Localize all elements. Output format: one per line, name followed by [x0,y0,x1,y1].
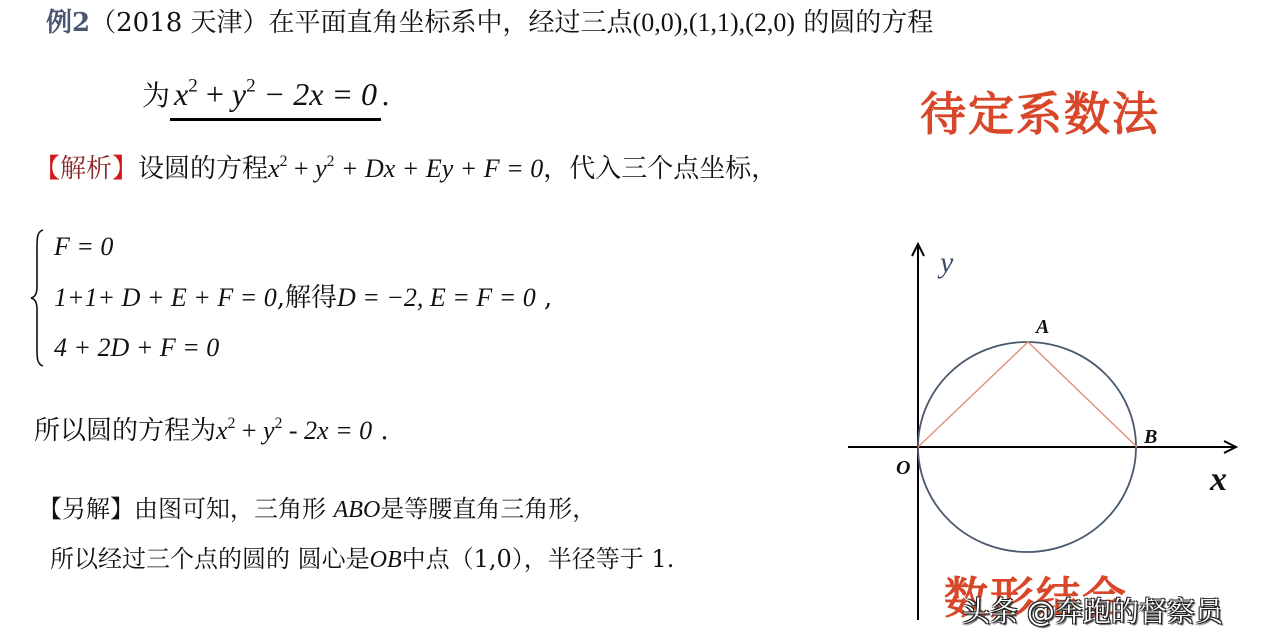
circle-diagram: y x O A B [0,0,1278,643]
watermark: 头条 @奔跑的督察员 [962,590,1223,630]
origin-label: O [896,457,910,479]
triangle-oab [918,342,1137,447]
point-a-label: A [1034,316,1049,338]
point-b-label: B [1143,426,1157,448]
x-axis-label: x [1209,461,1227,498]
y-axis-label: y [937,246,954,279]
